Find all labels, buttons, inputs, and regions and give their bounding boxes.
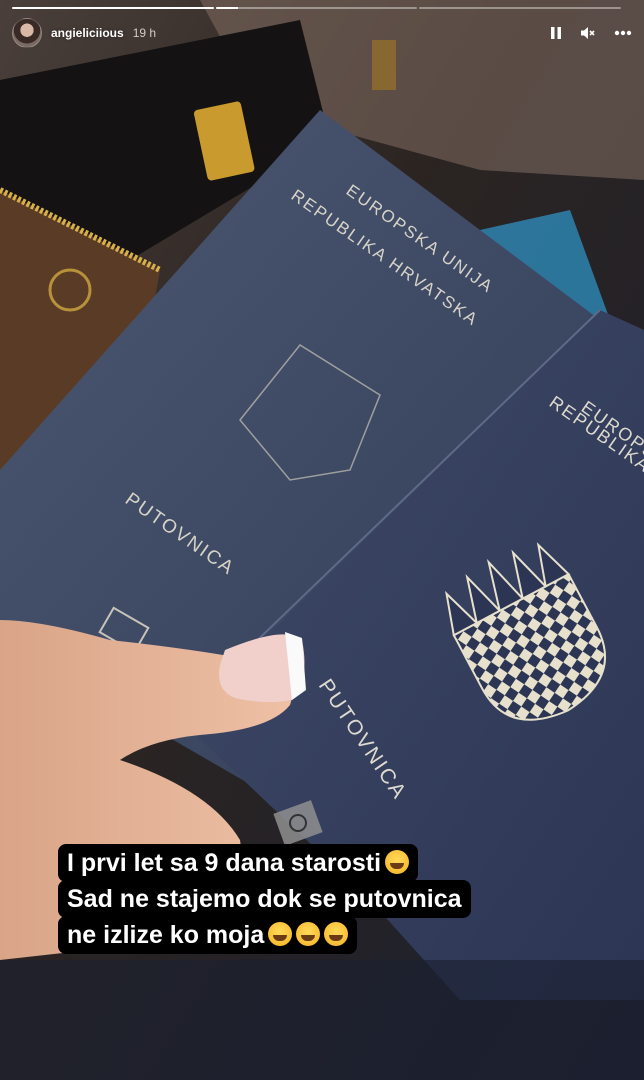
caption-line-2: Sad ne stajemo dok se putovnica [58,880,471,918]
caption-line-3: ne izlize ko moja [58,916,357,954]
mute-button[interactable] [580,26,596,40]
story-controls [550,26,632,40]
timestamp: 19 h [133,26,156,40]
story-progress-bar [12,7,621,9]
story-viewer[interactable]: REPUBLIKA HRVATSKA EUROPSKA UNIJA PUTOVN… [0,0,644,1080]
caption-line-3-text: ne izlize ko moja [67,921,264,949]
caption-line-1: I prvi let sa 9 dana starosti [58,844,418,882]
speaker-muted-icon [580,26,596,40]
more-options-button[interactable] [614,30,632,36]
username-link[interactable]: angieliciious [51,26,124,40]
pause-icon [550,26,562,40]
grinning-face-emoji-icon [385,850,409,874]
progress-segment-1 [12,7,214,9]
progress-segment-2 [216,7,418,9]
caption-line-2-text: Sad ne stajemo dok se putovnica [67,885,462,913]
story-caption: I prvi let sa 9 dana starosti Sad ne sta… [58,846,471,954]
pause-button[interactable] [550,26,562,40]
story-header: angieliciious 19 h [12,18,632,48]
tears-of-joy-emoji-icon [268,922,292,946]
progress-segment-3 [419,7,621,9]
tears-of-joy-emoji-icon [324,922,348,946]
avatar[interactable] [12,18,42,48]
more-horizontal-icon [614,30,632,36]
caption-line-1-text: I prvi let sa 9 dana starosti [67,849,381,877]
tears-of-joy-emoji-icon [296,922,320,946]
